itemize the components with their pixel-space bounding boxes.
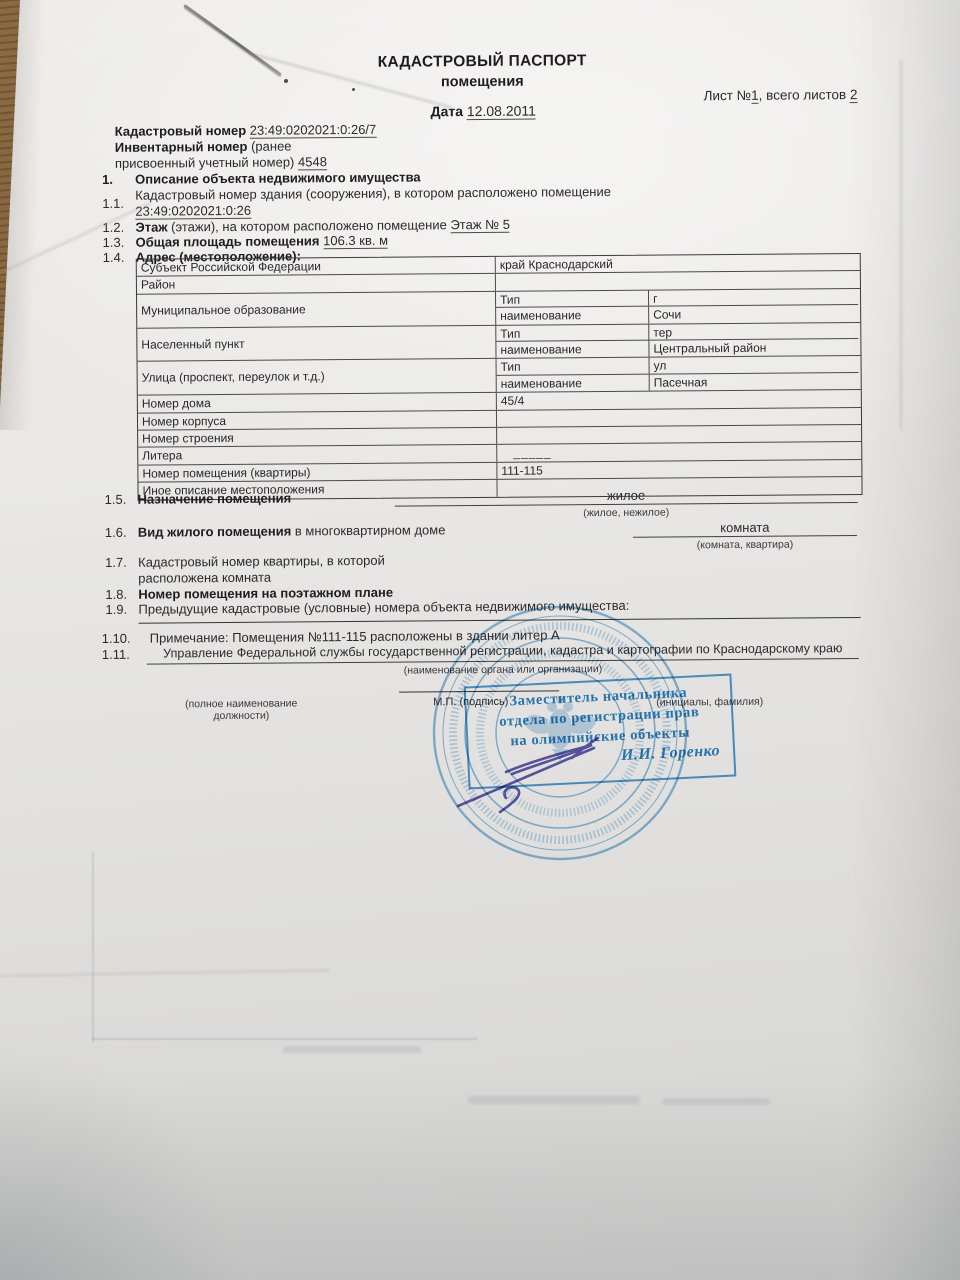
item-1-6-value-line: комната	[633, 519, 857, 538]
date-value: 12.08.2011	[467, 103, 536, 121]
table-cell-key: Тип	[496, 324, 648, 341]
staple-hole	[284, 79, 288, 83]
table-cell-value: _____	[496, 442, 859, 461]
sheet-info: Лист №1, всего листов 2	[557, 87, 857, 104]
table-cell-label: Район	[137, 274, 495, 293]
item-1-2-mid: (этажи), на котором расположено помещени…	[167, 217, 450, 234]
item-1-7-line2: расположена комната	[138, 570, 271, 586]
item-1-2-line: Этаж (этажи), на котором расположено пом…	[135, 217, 510, 235]
inventory-number-line: Инвентарный номер (ранее	[115, 138, 292, 154]
item-1-10-num: 1.10.	[102, 631, 131, 646]
table-cell-value: Сочи	[648, 305, 858, 323]
table-cell-label: Номер корпуса	[138, 410, 496, 429]
table-cell-value: 45/4	[496, 390, 859, 409]
item-1-6-mid: в многоквартирном доме	[291, 522, 445, 538]
table-cell-value: г	[648, 289, 858, 307]
item-1-2-label: Этаж	[135, 219, 167, 234]
item-1-6-line: Вид жилого помещения в многоквартирном д…	[138, 522, 446, 539]
item-1-6-hint: (комната, квартира)	[633, 538, 857, 552]
table-cell-value: край Краснодарский	[495, 254, 858, 273]
item-1-9-num: 1.9.	[105, 602, 127, 617]
table-row: Муниципальное образование Тип г наименов…	[137, 289, 860, 328]
table-cell-key: Тип	[496, 290, 648, 307]
table-cell-label: Муниципальное образование	[137, 292, 495, 328]
paper-speck	[352, 88, 355, 91]
table-row: Населенный пункт Тип тер наименование Це…	[137, 323, 860, 362]
table-cell-value: тер	[648, 323, 858, 341]
sheet-mid: , всего листов	[759, 87, 850, 103]
item-1-8-num: 1.8.	[105, 587, 127, 602]
cadastral-number-label: Кадастровый номер	[115, 123, 247, 139]
table-cell-value	[496, 408, 859, 427]
table-cell-key: наименование	[496, 341, 648, 359]
item-1-6-value: комната	[720, 520, 769, 535]
inventory-number-value: 4548	[298, 154, 327, 170]
item-1-title: Описание объекта недвижимого имущества	[135, 169, 421, 186]
item-1-5-value-line: жилое	[395, 486, 858, 507]
table-cell-value: 111-115	[496, 460, 859, 479]
cadastral-number-line: Кадастровый номер 23:49:0202021:0:26/7	[115, 122, 377, 139]
item-1-5-label: Назначение помещения	[138, 490, 292, 506]
table-cell-value	[495, 271, 858, 290]
table-cell-value: Центральный район	[648, 339, 858, 357]
inventory-number-line2: присвоенный учетный номер) 4548	[115, 154, 327, 171]
item-1-1-text: Кадастровый номер здания (сооружения), в…	[135, 184, 611, 203]
table-cell-value	[496, 425, 859, 444]
table-cell-label: Литера	[138, 445, 496, 464]
item-1-5-hint: (жилое, нежилое)	[395, 505, 858, 521]
item-1-5-num: 1.5.	[105, 492, 127, 507]
scanned-photo: КАДАСТРОВЫЙ ПАСПОРТ помещения Лист №1, в…	[0, 0, 960, 1280]
item-1-3-line: Общая площадь помещения 106.3 кв. м	[136, 233, 389, 250]
item-1-1-num: 1.1.	[102, 196, 124, 211]
table-subrows: Тип ул наименование Пасечная	[496, 356, 859, 392]
item-1-2-value: Этаж № 5	[450, 217, 510, 233]
address-table: Субъект Российской Федерации край Красно…	[136, 253, 863, 500]
table-subrow: наименование Пасечная	[497, 373, 859, 392]
item-1-6-num: 1.6.	[105, 525, 127, 540]
inventory-note: (ранее	[247, 138, 291, 153]
table-row: Улица (проспект, переулок и т.д.) Тип ул…	[138, 356, 861, 395]
position-hint: (полное наименование должности)	[165, 697, 317, 722]
table-subrow: наименование Центральный район	[496, 339, 858, 358]
item-1-3-value: 106.3 кв. м	[323, 233, 388, 250]
table-cell-value: Пасечная	[649, 373, 859, 391]
sheet-prefix: Лист №	[703, 88, 751, 103]
item-1-3-label: Общая площадь помещения	[136, 233, 324, 249]
item-1-1-value-line: 23:49:0202021:0:26	[135, 203, 251, 219]
table-subrows: Тип тер наименование Центральный район	[495, 323, 858, 359]
table-cell-label: Номер помещения (квартиры)	[138, 463, 496, 482]
item-1-11-num: 1.11.	[102, 647, 130, 662]
table-cell-key: наименование	[497, 374, 649, 392]
cadastral-number-value: 23:49:0202021:0:26/7	[250, 122, 377, 139]
inventory-note2: присвоенный учетный номер)	[115, 154, 298, 170]
table-cell-label: Номер дома	[138, 393, 496, 412]
document-title: КАДАСТРОВЫЙ ПАСПОРТ	[307, 52, 657, 73]
table-cell-label: Улица (проспект, переулок и т.д.)	[138, 359, 496, 395]
table-cell-label: Населенный пункт	[137, 325, 495, 361]
paper-shading	[0, 860, 420, 1280]
item-1-7-line1: Кадастровый номер квартиры, в которой	[138, 553, 385, 570]
item-1-5-value: жилое	[607, 488, 645, 503]
item-1-6-label: Вид жилого помещения	[138, 523, 291, 539]
item-1-1-value: 23:49:0202021:0:26	[135, 203, 251, 220]
inventory-number-label: Инвентарный номер	[115, 139, 248, 155]
table-subrow: наименование Сочи	[496, 305, 858, 324]
item-1-3-num: 1.3.	[103, 235, 125, 250]
handwritten-signature	[420, 698, 740, 838]
item-1-4-num: 1.4.	[103, 250, 125, 265]
table-cell-key: Тип	[497, 358, 649, 375]
table-cell-label: Субъект Российской Федерации	[137, 257, 495, 276]
item-1-num: 1.	[102, 172, 113, 187]
table-cell-value: ул	[649, 356, 859, 374]
table-cell-label: Номер строения	[138, 428, 496, 447]
table-subrows: Тип г наименование Сочи	[495, 289, 858, 325]
table-cell-key: наименование	[496, 307, 648, 325]
item-1-7-num: 1.7.	[105, 555, 127, 570]
